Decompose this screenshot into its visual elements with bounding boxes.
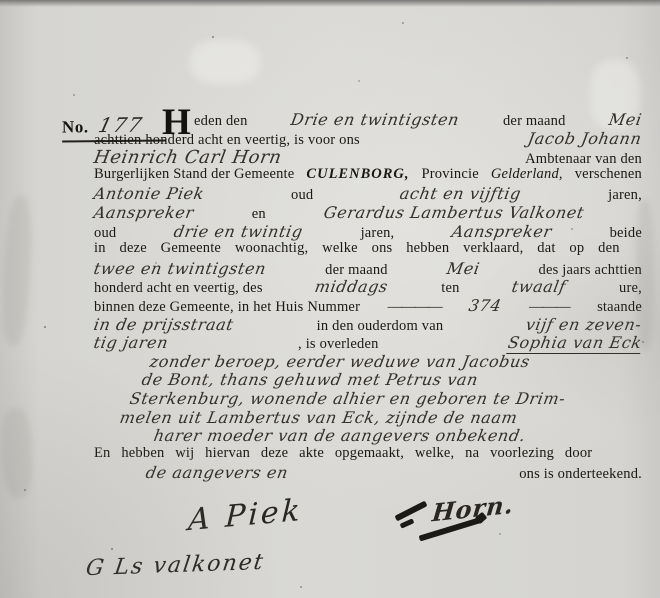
certificate-line: En hebben wij hiervan deze akte opgemaak… <box>94 445 642 464</box>
printed-text: oud <box>291 187 313 204</box>
handwritten-text: tig jaren <box>92 333 170 352</box>
printed-text: Provincie <box>421 166 478 183</box>
handwritten-text: harer moeder van de aangevers onbekend. <box>152 426 527 445</box>
handwritten-text: acht en vijftig <box>399 184 523 203</box>
printed-text: ten <box>441 280 459 297</box>
printed-text: ons is onderteekend. <box>519 466 642 483</box>
certificate-line: Burgerlijken Stand der GemeenteCULENBORG… <box>94 166 642 185</box>
handwritten-text: Jacob Johann <box>527 129 644 148</box>
handwritten-text: Antonie Piek <box>92 184 206 203</box>
handwritten-text: de Bont, thans gehuwd met Petrus van <box>140 370 480 389</box>
bleedthrough-smudge <box>0 195 34 346</box>
handwritten-text: Mei <box>445 259 481 278</box>
handwritten-text: Aanspreker <box>92 203 195 222</box>
paper-watermark <box>190 40 260 84</box>
printed-text: Heden den <box>162 113 248 130</box>
certificate-line: Heinrich Carl HornAmbtenaar van den <box>94 147 642 166</box>
handwritten-text: vijf en zeven- <box>525 315 644 334</box>
handwritten-text: in de prijsstraat <box>92 315 235 334</box>
printed-text: ure, <box>619 280 642 297</box>
certificate-line: Heden denDrie en twintigstender maandMei <box>94 110 642 129</box>
handwritten-text: Mei <box>608 110 644 129</box>
signature-valkonet: G Ls valkonet <box>84 550 266 581</box>
handwritten-text: melen uit Lambertus van Eck, zijnde de n… <box>118 408 519 427</box>
certificate-line: harer moeder van de aangevers onbekend. <box>154 426 642 445</box>
printed-text: staande <box>597 299 642 316</box>
printed-text: verschenen <box>575 166 642 183</box>
signature-piek: A Piek <box>187 493 303 538</box>
handwritten-text: middags <box>314 277 390 296</box>
certificate-line: ouddrie en twintigjaren,Aansprekerbeide <box>94 222 642 241</box>
certificate-line: in de prijsstraatin den ouderdom vanvijf… <box>94 315 642 334</box>
certificate-line: achttien honderd acht en veertig, is voo… <box>94 129 642 148</box>
handwritten-text: Aanspreker <box>450 222 553 241</box>
handwritten-name-underlined: Sophia van Eck <box>507 333 644 354</box>
printed-text: jaren, <box>361 225 395 242</box>
bleedthrough-smudge <box>0 408 33 499</box>
printed-italic-text: Gelderland, <box>491 166 563 183</box>
handwritten-text: zonder beroep, eerder weduwe van Jacobus <box>148 352 531 371</box>
certificate-line: tig jaren, is overledenSophia van Eck <box>94 333 642 352</box>
certificate-line: twee en twintigstender maandMeides jaars… <box>94 259 642 278</box>
certificate-line: Antonie Piekoudacht en vijftigjaren, <box>94 184 642 203</box>
handwritten-text: drie en twintig <box>172 222 304 241</box>
printed-text: , is overleden <box>298 336 379 353</box>
printed-text: Burgerlijken Stand der Gemeente <box>94 166 294 183</box>
paper-speckles <box>0 0 2 2</box>
printed-text: jaren, <box>608 187 642 204</box>
printed-text: beide <box>610 225 642 242</box>
certificate-text-block: Heden denDrie en twintigstender maandMei… <box>94 110 642 482</box>
certificate-line: AansprekerenGerardus Lambertus Valkonet <box>94 203 642 222</box>
printed-text: der maand <box>503 113 566 130</box>
death-certificate-scan: No. 177 Heden denDrie en twintigstender … <box>0 0 660 598</box>
certificate-line: de Bont, thans gehuwd met Petrus van <box>142 370 642 389</box>
printed-text: in den ouderdom van <box>317 318 444 335</box>
certificate-line: honderd acht en veertig, desmiddagstentw… <box>94 277 642 296</box>
printed-text: en <box>252 206 266 223</box>
handwritten-text: de aangevers en <box>144 463 289 482</box>
certificate-line: de aangevers enons is onderteekend. <box>94 463 642 482</box>
printed-text: in deze Gemeente woonachtig, welke ons h… <box>94 240 620 257</box>
filler-rule: ———— <box>388 299 442 316</box>
filler-rule: ——— <box>529 299 570 316</box>
printed-text: En hebben wij hiervan deze akte opgemaak… <box>94 445 592 462</box>
handwritten-text: twaalf <box>511 277 568 296</box>
printed-text: honderd acht en veertig, des <box>94 280 263 297</box>
handwritten-text: Drie en twintigsten <box>289 110 461 129</box>
handwritten-text: Gerardus Lambertus Valkonet <box>322 203 585 222</box>
handwritten-text: 374 <box>467 296 503 315</box>
certificate-line: Sterkenburg, wonende alhier en geboren t… <box>130 389 642 408</box>
printed-smallcaps-text: CULENBORG, <box>306 166 409 183</box>
certificate-line: melen uit Lambertus van Eck, zijnde de n… <box>120 408 642 427</box>
handwritten-text: twee en twintigsten <box>92 259 268 278</box>
handwritten-text: Sterkenburg, wonende alhier en geboren t… <box>128 389 567 408</box>
certificate-line: zonder beroep, eerder weduwe van Jacobus <box>150 352 642 371</box>
act-number-label: No. <box>62 117 89 137</box>
printed-text: oud <box>94 225 116 242</box>
handwritten-text: Heinrich Carl Horn <box>92 147 283 168</box>
signature-flourish <box>400 518 415 528</box>
certificate-line: binnen deze Gemeente, in het Huis Nummer… <box>94 296 642 315</box>
printed-text: binnen deze Gemeente, in het Huis Nummer <box>94 299 360 316</box>
certificate-line: in deze Gemeente woonachtig, welke ons h… <box>94 240 642 259</box>
